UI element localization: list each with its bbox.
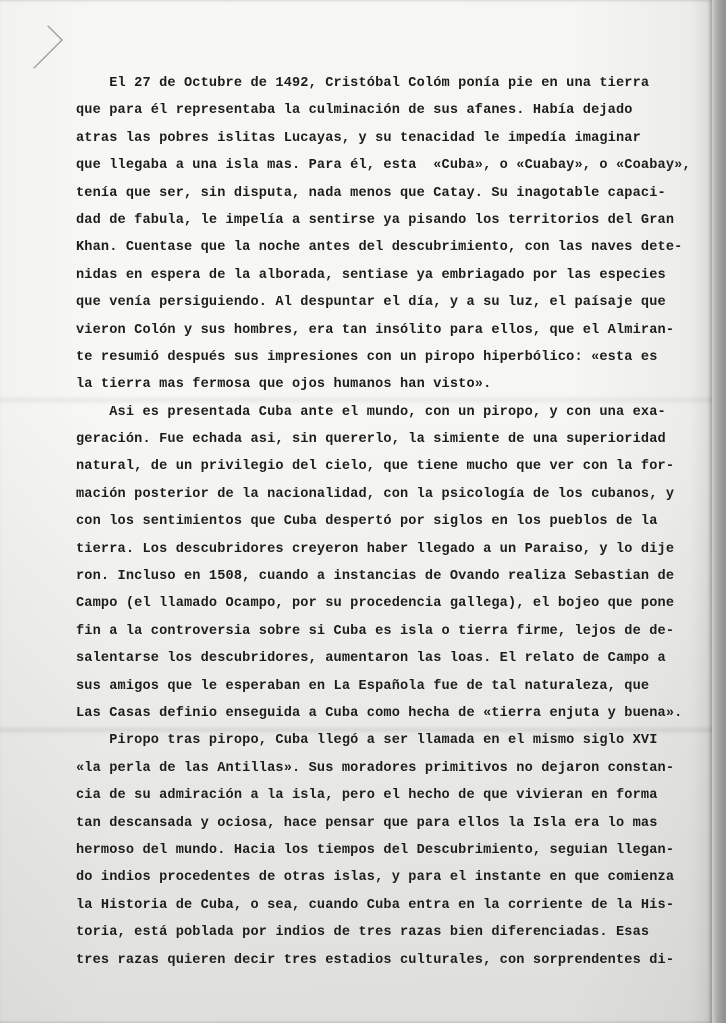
text-line: natural, de un privilegio del cielo, que…: [76, 453, 698, 480]
text-line: atras las pobres islitas Lucayas, y su t…: [76, 125, 698, 152]
text-line: Las Casas definio enseguida a Cuba como …: [76, 700, 698, 727]
text-line: dad de fabula, le impelía a sentirse ya …: [76, 207, 698, 234]
pencil-check-mark-icon: [28, 22, 68, 72]
text-line: Khan. Cuentase que la noche antes del de…: [76, 234, 698, 261]
text-line: tenía que ser, sin disputa, nada menos q…: [76, 180, 698, 207]
text-line: que para él representaba la culminación …: [76, 97, 698, 124]
text-line: cia de su admiración a la isla, pero el …: [76, 782, 698, 809]
text-line: fin a la controversia sobre si Cuba es i…: [76, 618, 698, 645]
typewritten-body: El 27 de Octubre de 1492, Cristóbal Coló…: [76, 70, 698, 974]
text-line: Campo (el llamado Ocampo, por su procede…: [76, 590, 698, 617]
text-line: la Historia de Cuba, o sea, cuando Cuba …: [76, 892, 698, 919]
text-line: con los sentimientos que Cuba despertó p…: [76, 508, 698, 535]
paragraph: Piropo tras piropo, Cuba llegó a ser lla…: [76, 727, 698, 974]
text-line: Asi es presentada Cuba ante el mundo, co…: [76, 399, 698, 426]
text-line: te resumió después sus impresiones con u…: [76, 344, 698, 371]
text-line: toria, está poblada por indios de tres r…: [76, 919, 698, 946]
text-line: tierra. Los descubridores creyeron haber…: [76, 536, 698, 563]
text-line: El 27 de Octubre de 1492, Cristóbal Coló…: [76, 70, 698, 97]
text-line: que venía persiguiendo. Al despuntar el …: [76, 289, 698, 316]
text-line: sus amigos que le esperaban en La Españo…: [76, 673, 698, 700]
text-line: tan descansada y ociosa, hace pensar que…: [76, 810, 698, 837]
text-line: «la perla de las Antillas». Sus moradore…: [76, 755, 698, 782]
text-line: Piropo tras piropo, Cuba llegó a ser lla…: [76, 727, 698, 754]
text-line: tres razas quieren decir tres estadios c…: [76, 947, 698, 974]
text-line: do indios procedentes de otras islas, y …: [76, 864, 698, 891]
text-line: salentarse los descubridores, aumentaron…: [76, 645, 698, 672]
text-line: que llegaba a una isla mas. Para él, est…: [76, 152, 698, 179]
scanner-edge: [712, 0, 726, 1023]
paragraph: El 27 de Octubre de 1492, Cristóbal Coló…: [76, 70, 698, 399]
text-line: ron. Incluso en 1508, cuando a instancia…: [76, 563, 698, 590]
text-line: geración. Fue echada asi, sin quererlo, …: [76, 426, 698, 453]
paper-sheet: El 27 de Octubre de 1492, Cristóbal Coló…: [0, 0, 712, 1023]
text-line: hermoso del mundo. Hacia los tiempos del…: [76, 837, 698, 864]
paragraph: Asi es presentada Cuba ante el mundo, co…: [76, 399, 698, 728]
text-line: nidas en espera de la alborada, sentiase…: [76, 262, 698, 289]
text-line: la tierra mas fermosa que ojos humanos h…: [76, 371, 698, 398]
text-line: vieron Colón y sus hombres, era tan insó…: [76, 317, 698, 344]
text-line: mación posterior de la nacionalidad, con…: [76, 481, 698, 508]
